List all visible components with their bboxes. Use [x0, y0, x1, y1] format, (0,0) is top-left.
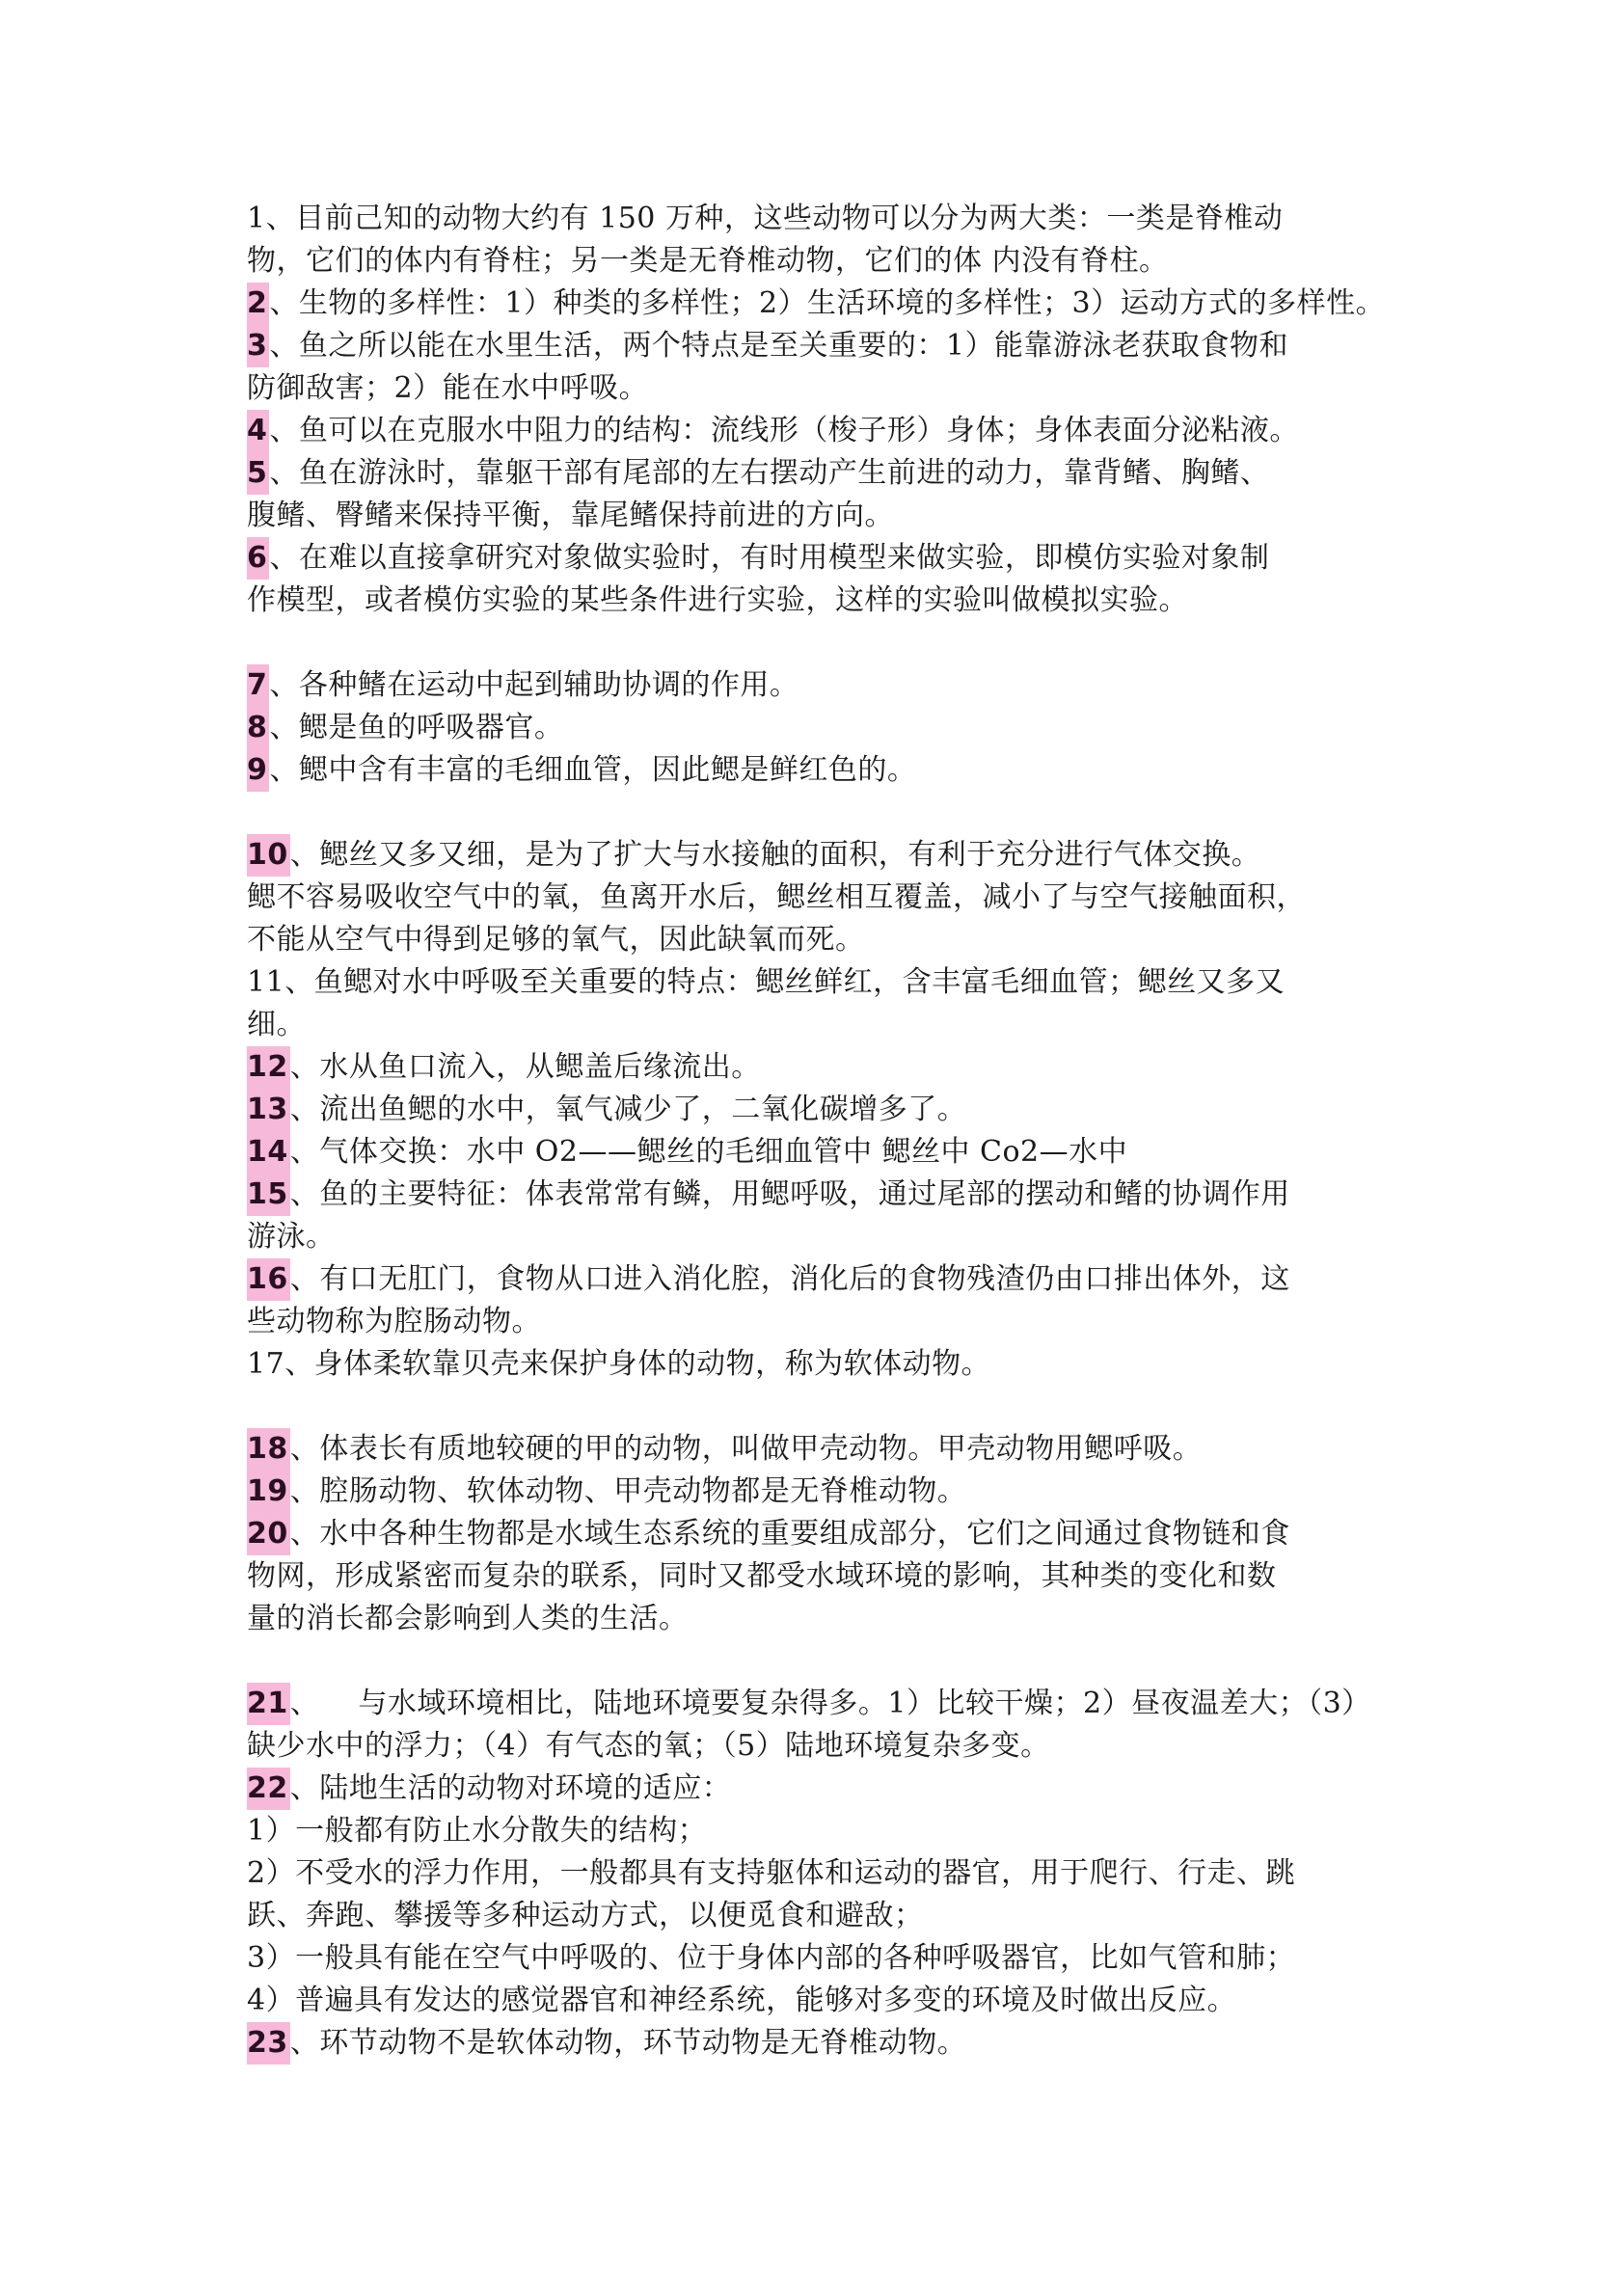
item-text: 3）一般具有能在空气中呼吸的、位于身体内部的各种呼吸器官，比如气管和肺； [247, 1937, 1385, 1980]
item-text: 游泳。 [247, 1216, 1385, 1258]
item-text: 、体表长有质地较硬的甲的动物，叫做甲壳动物。甲壳动物用鳃呼吸。 [290, 1432, 1203, 1466]
highlighted-item-number: 19 [247, 1471, 290, 1513]
item-text: 、腔肠动物、软体动物、甲壳动物都是无脊椎动物。 [290, 1474, 967, 1508]
item-text: 、鱼之所以能在水里生活，两个特点是至关重要的：1）能靠游泳老获取食物和 [269, 329, 1288, 363]
item-text: 跃、奔跑、攀援等多种运动方式，以便觅食和避敌； [247, 1895, 1385, 1937]
highlighted-item-number: 7 [247, 664, 269, 707]
highlighted-item-number: 8 [247, 707, 269, 749]
item-text: 不能从空气中得到足够的氧气，因此缺氧而死。 [247, 919, 1385, 961]
note-item-3: 3、鱼之所以能在水里生活，两个特点是至关重要的：1）能靠游泳老获取食物和 防御敌… [247, 325, 1385, 410]
note-item-7: 7、各种鳍在运动中起到辅助协调的作用。 [247, 664, 1385, 707]
highlighted-item-number: 10 [247, 834, 290, 877]
blank-line [247, 1640, 1385, 1683]
item-text: 、鳃是鱼的呼吸器官。 [269, 711, 563, 744]
note-item-13: 13、流出鱼鳃的水中，氧气减少了，二氧化碳增多了。 [247, 1089, 1385, 1131]
item-text: 腹鳍、臀鳍来保持平衡，靠尾鳍保持前进的方向。 [247, 495, 1385, 537]
item-text: 防御敌害；2）能在水中呼吸。 [247, 367, 1385, 410]
blank-line [247, 792, 1385, 834]
item-text: 缺少水中的浮力；（4）有气态的氧；（5）陆地环境复杂多变。 [247, 1725, 1385, 1768]
item-number: 11 [247, 961, 284, 1004]
note-item-22: 22、陆地生活的动物对环境的适应： 1）一般都有防止水分散失的结构； 2）不受水… [247, 1768, 1385, 2022]
item-text: 、鳃丝又多又细，是为了扩大与水接触的面积，有利于充分进行气体交换。 [290, 838, 1261, 872]
note-item-19: 19、腔肠动物、软体动物、甲壳动物都是无脊椎动物。 [247, 1471, 1385, 1513]
note-item-11: 11、鱼鳃对水中呼吸至关重要的特点：鳃丝鲜红，含丰富毛细血管；鳃丝又多又 细。 [247, 961, 1385, 1046]
highlighted-item-number: 9 [247, 749, 269, 792]
item-text: 、气体交换：水中 O2——鳃丝的毛细血管中 鳃丝中 Co2—水中 [290, 1135, 1127, 1169]
item-text: 、有口无肛门，食物从口进入消化腔，消化后的食物残渣仍由口排出体外，这 [290, 1262, 1290, 1296]
item-text: 4）普遍具有发达的感觉器官和神经系统，能够对多变的环境及时做出反应。 [247, 1980, 1385, 2022]
note-item-16: 16、有口无肛门，食物从口进入消化腔，消化后的食物残渣仍由口排出体外，这 些动物… [247, 1258, 1385, 1343]
note-item-9: 9、鳃中含有丰富的毛细血管，因此鳃是鲜红色的。 [247, 749, 1385, 792]
note-item-18: 18、体表长有质地较硬的甲的动物，叫做甲壳动物。甲壳动物用鳃呼吸。 [247, 1428, 1385, 1471]
highlighted-item-number: 15 [247, 1174, 290, 1216]
item-text: 鳃不容易吸收空气中的氧，鱼离开水后，鳃丝相互覆盖，减小了与空气接触面积， [247, 877, 1385, 919]
item-text: 、身体柔软靠贝壳来保护身体的动物，称为软体动物。 [284, 1347, 990, 1381]
highlighted-item-number: 6 [247, 537, 269, 580]
item-text: 2）不受水的浮力作用，一般都具有支持躯体和运动的器官，用于爬行、行走、跳 [247, 1852, 1385, 1895]
item-text: 物，它们的体内有脊柱；另一类是无脊椎动物，它们的体 内没有脊柱。 [247, 240, 1385, 283]
item-text: 作模型，或者模仿实验的某些条件进行实验，这样的实验叫做模拟实验。 [247, 580, 1385, 622]
note-item-20: 20、水中各种生物都是水域生态系统的重要组成部分，它们之间通过食物链和食 物网，… [247, 1513, 1385, 1640]
note-item-4: 4、鱼可以在克服水中阻力的结构：流线形（梭子形）身体；身体表面分泌粘液。 [247, 410, 1385, 452]
highlighted-item-number: 23 [247, 2022, 290, 2065]
note-item-12: 12、水从鱼口流入，从鳃盖后缘流出。 [247, 1046, 1385, 1089]
item-text: 、陆地生活的动物对环境的适应： [290, 1771, 732, 1805]
highlighted-item-number: 4 [247, 410, 269, 452]
item-text: 、鱼在游泳时，靠躯干部有尾部的左右摆动产生前进的动力，靠背鳍、胸鳍、 [269, 456, 1269, 490]
note-item-15: 15、鱼的主要特征：体表常常有鳞，用鳃呼吸，通过尾部的摆动和鳍的协调作用 游泳。 [247, 1174, 1385, 1258]
note-item-21: 21、 与水域环境相比，陆地环境要复杂得多。1）比较干燥；2）昼夜温差大；（3）… [247, 1683, 1385, 1768]
item-number: 1 [247, 198, 266, 240]
highlighted-item-number: 3 [247, 325, 269, 367]
item-text: 、鳃中含有丰富的毛细血管，因此鳃是鲜红色的。 [269, 753, 916, 787]
note-item-5: 5、鱼在游泳时，靠躯干部有尾部的左右摆动产生前进的动力，靠背鳍、胸鳍、 腹鳍、臀… [247, 452, 1385, 537]
item-text: 、鱼的主要特征：体表常常有鳞，用鳃呼吸，通过尾部的摆动和鳍的协调作用 [290, 1177, 1290, 1211]
item-text: 、生物的多样性：1）种类的多样性；2）生活环境的多样性；3）运动方式的多样性。 [269, 286, 1385, 320]
note-item-23: 23、环节动物不是软体动物，环节动物是无脊椎动物。 [247, 2022, 1385, 2065]
highlighted-item-number: 18 [247, 1428, 290, 1471]
item-text: 、 与水域环境相比，陆地环境要复杂得多。1）比较干燥；2）昼夜温差大；（3） [290, 1687, 1371, 1720]
note-item-1: 1、目前己知的动物大约有 150 万种，这些动物可以分为两大类：一类是脊椎动 物… [247, 198, 1385, 283]
highlighted-item-number: 20 [247, 1513, 290, 1555]
item-text: 量的消长都会影响到人类的生活。 [247, 1598, 1385, 1640]
note-item-14: 14、气体交换：水中 O2——鳃丝的毛细血管中 鳃丝中 Co2—水中 [247, 1131, 1385, 1174]
note-item-8: 8、鳃是鱼的呼吸器官。 [247, 707, 1385, 749]
item-text: 、目前己知的动物大约有 150 万种，这些动物可以分为两大类：一类是脊椎动 [266, 202, 1284, 235]
highlighted-item-number: 22 [247, 1768, 290, 1810]
note-item-6: 6、在难以直接拿研究对象做实验时，有时用模型来做实验，即模仿实验对象制 作模型，… [247, 537, 1385, 622]
highlighted-item-number: 16 [247, 1258, 290, 1301]
item-text: 、水中各种生物都是水域生态系统的重要组成部分，它们之间通过食物链和食 [290, 1517, 1290, 1551]
highlighted-item-number: 2 [247, 283, 269, 325]
blank-line [247, 622, 1385, 664]
item-text: 、鱼可以在克服水中阻力的结构：流线形（梭子形）身体；身体表面分泌粘液。 [269, 414, 1299, 447]
note-item-17: 17、身体柔软靠贝壳来保护身体的动物，称为软体动物。 [247, 1343, 1385, 1386]
note-item-10: 10、鳃丝又多又细，是为了扩大与水接触的面积，有利于充分进行气体交换。 鳃不容易… [247, 834, 1385, 961]
highlighted-item-number: 5 [247, 452, 269, 495]
highlighted-item-number: 13 [247, 1089, 290, 1131]
highlighted-item-number: 21 [247, 1683, 290, 1725]
document-page: 1、目前己知的动物大约有 150 万种，这些动物可以分为两大类：一类是脊椎动 物… [247, 198, 1385, 2065]
item-text: 、鱼鳃对水中呼吸至关重要的特点：鳃丝鲜红，含丰富毛细血管；鳃丝又多又 [284, 965, 1285, 999]
highlighted-item-number: 14 [247, 1131, 290, 1174]
item-text: 细。 [247, 1004, 1385, 1046]
item-text: 、各种鳍在运动中起到辅助协调的作用。 [269, 668, 798, 702]
item-text: 、水从鱼口流入，从鳃盖后缘流出。 [290, 1050, 761, 1084]
blank-line [247, 1386, 1385, 1428]
highlighted-item-number: 12 [247, 1046, 290, 1089]
item-text: 、环节动物不是软体动物，环节动物是无脊椎动物。 [290, 2026, 967, 2060]
note-item-2: 2、生物的多样性：1）种类的多样性；2）生活环境的多样性；3）运动方式的多样性。 [247, 283, 1385, 325]
item-text: 些动物称为腔肠动物。 [247, 1301, 1385, 1343]
item-text: 、在难以直接拿研究对象做实验时，有时用模型来做实验，即模仿实验对象制 [269, 541, 1269, 575]
item-text: 1）一般都有防止水分散失的结构； [247, 1810, 1385, 1852]
item-number: 17 [247, 1343, 284, 1386]
item-text: 、流出鱼鳃的水中，氧气减少了，二氧化碳增多了。 [290, 1093, 967, 1126]
item-text: 物网，形成紧密而复杂的联系，同时又都受水域环境的影响，其种类的变化和数 [247, 1555, 1385, 1598]
